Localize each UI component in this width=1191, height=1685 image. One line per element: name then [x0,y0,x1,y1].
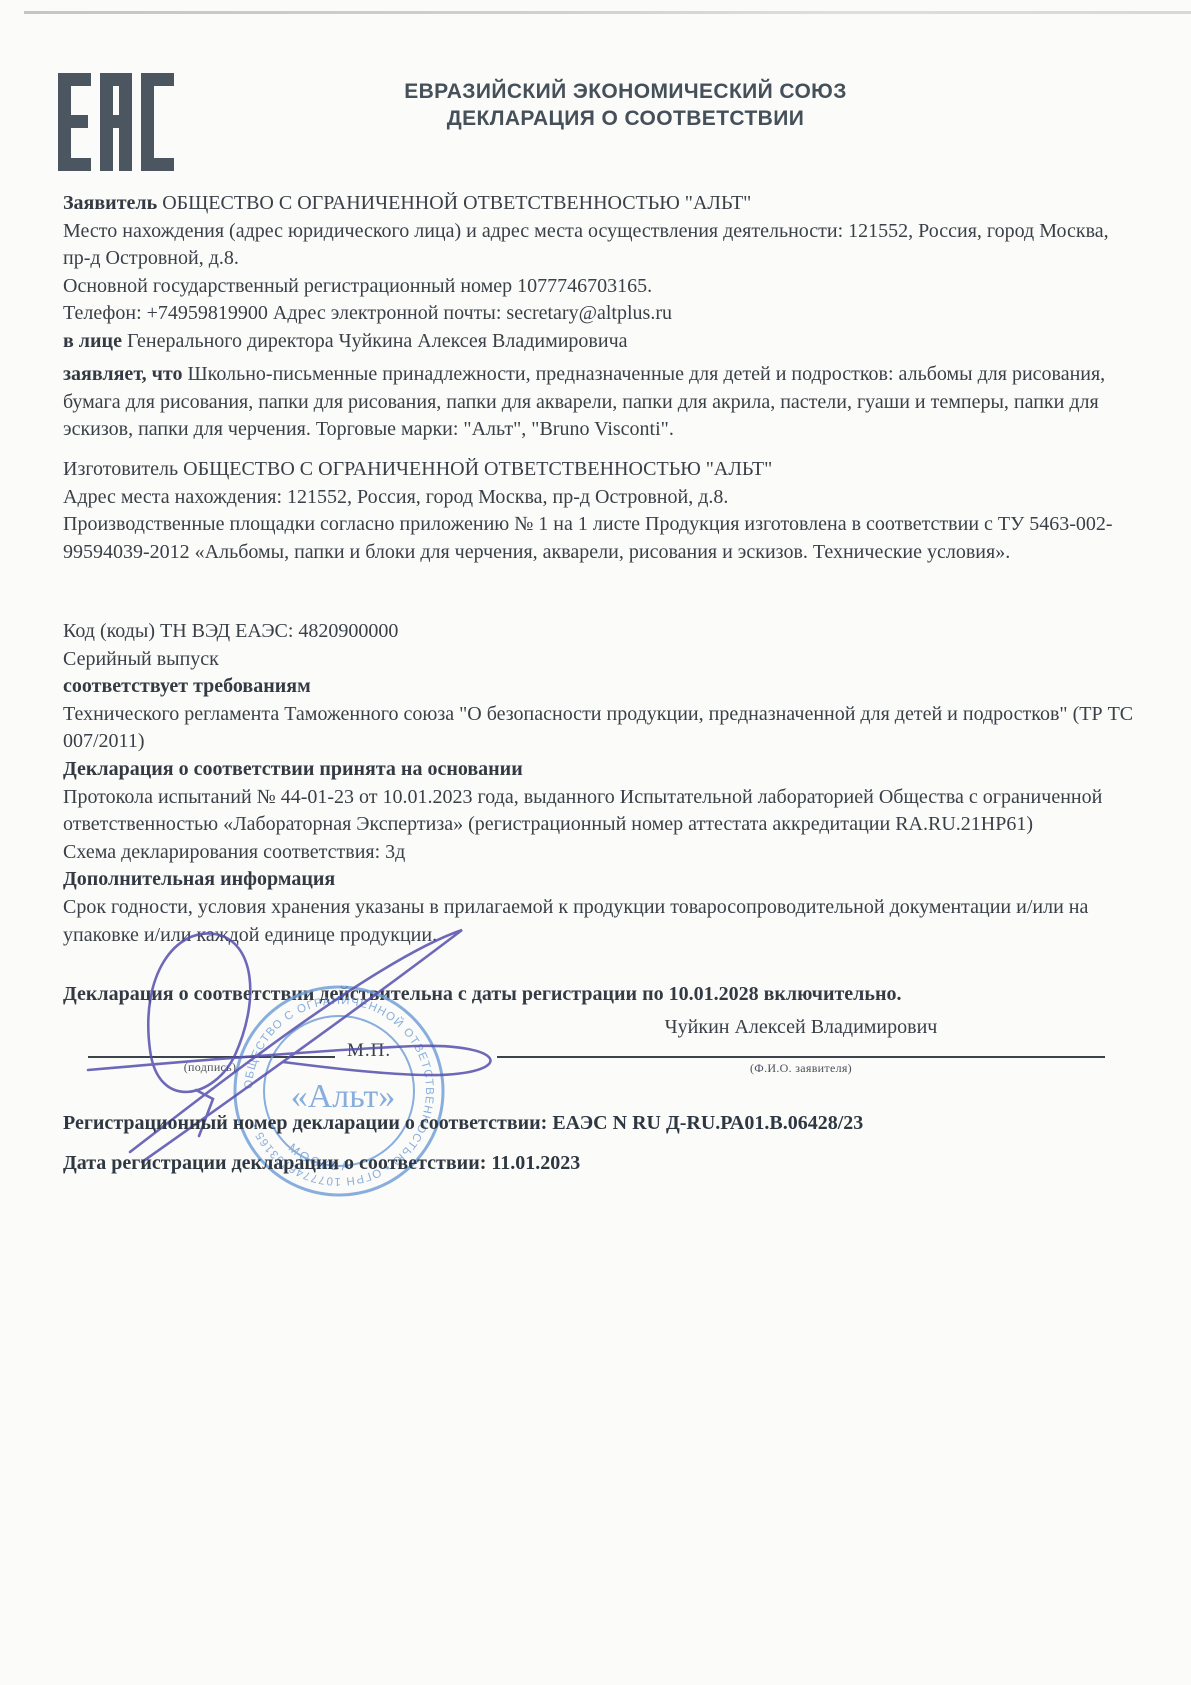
registration-number-line: Регистрационный номер декларации о соотв… [63,1110,1135,1138]
applicant-contacts-line: Телефон: +74959819900 Адрес электронной … [63,300,1135,328]
manufacturer-section: Изготовитель ОБЩЕСТВО С ОГРАНИЧЕННОЙ ОТВ… [63,456,1135,566]
serial-line: Серийный выпуск [63,646,1135,674]
manufacturer-name-line: Изготовитель ОБЩЕСТВО С ОГРАНИЧЕННОЙ ОТВ… [63,456,1135,484]
title-line-declaration: ДЕКЛАРАЦИЯ О СООТВЕТСТВИИ [120,105,1131,132]
meets-requirements-text: Технического регламента Таможенного союз… [63,701,1135,756]
manufacturer-address-line: Адрес места нахождения: 121552, Россия, … [63,484,1135,512]
additional-info-label: Дополнительная информация [63,868,335,890]
basis-text: Протокола испытаний № 44-01-23 от 10.01.… [63,784,1135,839]
manufacturer-production-text: Производственные площадки согласно прило… [63,511,1135,566]
signature-horizontal-stroke [88,1046,490,1075]
declaration-statement: заявляет, что Школьно-письменные принадл… [63,361,1135,444]
title-line-union: ЕВРАЗИЙСКИЙ ЭКОНОМИЧЕСКИЙ СОЮЗ [120,78,1131,105]
applicant-ogrn-line: Основной государственный регистрационный… [63,273,1135,301]
applicant-label: Заявитель [63,192,157,214]
declares-label: заявляет, что [63,363,182,385]
product-section: Код (коды) ТН ВЭД ЕАЭС: 4820900000 Серий… [63,618,1135,949]
declaration-document-page: ЕВРАЗИЙСКИЙ ЭКОНОМИЧЕСКИЙ СОЮЗ ДЕКЛАРАЦИ… [0,0,1191,1685]
basis-label: Декларация о соответствии принята на осн… [63,758,523,780]
document-title: ЕВРАЗИЙСКИЙ ЭКОНОМИЧЕСКИЙ СОЮЗ ДЕКЛАРАЦИ… [120,78,1131,132]
applicant-person-line: в лице Генерального директора Чуйкина Ал… [63,328,1135,356]
applicant-section: Заявитель ОБЩЕСТВО С ОГРАНИЧЕННОЙ ОТВЕТС… [63,190,1135,356]
tnved-code-line: Код (коды) ТН ВЭД ЕАЭС: 4820900000 [63,618,1135,646]
person-label: в лице [63,330,122,352]
applicant-address-line: Место нахождения (адрес юридического лиц… [63,218,1135,273]
meets-requirements-label: соответствует требованиям [63,675,311,697]
scan-artifact-line [24,11,1191,14]
manufacturer-label: Изготовитель [63,458,178,480]
signature-oval-stroke [148,933,250,1091]
fio-caption: (Ф.И.О. заявителя) [497,1061,1105,1076]
fio-line [497,1056,1105,1058]
applicant-name-line: Заявитель ОБЩЕСТВО С ОГРАНИЧЕННОЙ ОТВЕТС… [63,190,1135,218]
scheme-line: Схема декларирования соответствия: 3д [63,839,1135,867]
signatory-name: Чуйкин Алексей Владимирович [497,1016,1105,1039]
registration-date-line: Дата регистрации декларации о соответств… [63,1150,1135,1178]
